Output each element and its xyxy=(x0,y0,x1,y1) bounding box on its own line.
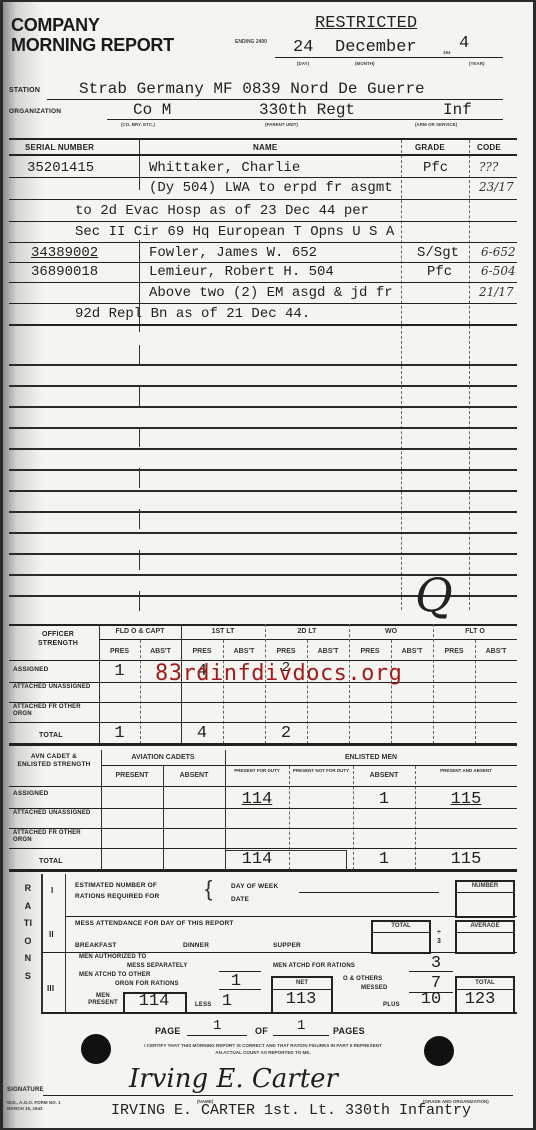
less-value: 1 xyxy=(215,992,239,1011)
subcol-pres: PRES xyxy=(349,648,391,655)
plus-label: PLUS xyxy=(383,1002,400,1008)
row-attached-other-label: ATTACHED FR OTHER ORGN xyxy=(13,830,93,844)
punch-hole-left xyxy=(81,1034,111,1064)
mess-average-box: AVERAGE xyxy=(455,920,515,954)
entry-code: 21/17 xyxy=(479,285,514,299)
subcol-abst: ABS'T xyxy=(475,648,517,655)
col-cadet-absent: ABSENT xyxy=(163,772,225,779)
report-month: December xyxy=(335,38,417,57)
margin-mark: Q xyxy=(415,568,453,622)
row-attached-other-label: ATTACHED FR OTHER ORGN xyxy=(13,704,93,718)
entry-text: 92d Repl Bn as of 21 Dec 44. xyxy=(75,306,310,322)
enlisted-total-present-absent: 115 xyxy=(415,850,517,869)
less-label: LESS xyxy=(195,1002,211,1008)
col-serial-number: SERIAL NUMBER xyxy=(25,143,94,152)
entry-text: Above two (2) EM asgd & jd fr xyxy=(149,285,393,301)
officer-strength-title: OFFICER STRENGTH xyxy=(23,630,93,648)
certification-text: I CERTIFY THAT THIS MORNING REPORT IS CO… xyxy=(141,1042,385,1056)
enlisted-strength-title: AVN CADET & ENLISTED STRENGTH xyxy=(17,753,91,769)
subcol-abst: ABS'T xyxy=(223,648,265,655)
mess-sep-label-b: MESS SEPARATELY xyxy=(127,963,188,969)
of-label: OF xyxy=(255,1026,268,1036)
plus-value: 10 xyxy=(413,990,449,1009)
group-flt-o: FLT O xyxy=(433,628,517,635)
entry-text: Fowler, James W. 652 xyxy=(149,245,317,261)
entry-serial: 35201415 xyxy=(27,160,94,176)
col-name: NAME xyxy=(253,143,277,152)
entry-text: Whittaker, Charlie xyxy=(149,160,300,176)
group-fld-o-capt: FLD O & CAPT xyxy=(99,628,181,635)
col-absent: ABSENT xyxy=(353,772,415,779)
others-label-b: MESSED xyxy=(361,985,388,991)
parent-caption: (PARENT UNIT) xyxy=(265,122,298,127)
enlisted-assigned-absent: 1 xyxy=(353,790,415,809)
breakfast-label: BREAKFAST xyxy=(75,942,117,949)
entry-text: Sec II Cir 69 Hq European T Opns U S A xyxy=(75,224,394,240)
col-grade: GRADE xyxy=(415,143,445,152)
rations-number-box: NUMBER xyxy=(455,880,515,918)
col-present-for-duty: PRESENT FOR DUTY xyxy=(225,768,289,774)
sec2-label: MESS ATTENDANCE FOR DAY OF THIS REPORT xyxy=(75,920,234,927)
atchd-for-label: MEN ATCHD FOR RATIONS xyxy=(273,963,355,969)
net-label: NET xyxy=(273,980,331,986)
morning-report-form: COMPANY MORNING REPORT RESTRICTED ENDING… xyxy=(3,2,533,1128)
men-present-value: 114 xyxy=(125,992,183,1011)
group-wo: WO xyxy=(349,628,433,635)
entry-code: 6-652 xyxy=(481,245,516,259)
rations-total-label: TOTAL xyxy=(457,980,513,986)
enlisted-assigned-present-absent: 115 xyxy=(415,790,517,809)
year-prefix: 194 xyxy=(443,50,451,55)
entry-text: to 2d Evac Hosp as of 23 Dec 44 per xyxy=(75,203,369,219)
group-1st-lt: 1ST LT xyxy=(181,628,265,635)
total-pages: 1 xyxy=(297,1018,305,1034)
entry-serial: 36890018 xyxy=(31,264,98,280)
date-label: DATE xyxy=(231,896,249,903)
row-total-label: TOTAL xyxy=(39,732,63,739)
signer-name: IRVING E. CARTER 1st. Lt. 330th Infantry xyxy=(111,1102,471,1119)
atchd-other-label-b: ORGN FOR RATIONS xyxy=(115,981,179,987)
punch-hole-right xyxy=(424,1036,454,1066)
sec1-label-b: RATIONS REQUIRED FOR xyxy=(75,893,159,900)
divide-label: ÷ 3 xyxy=(437,928,447,946)
enlisted-strength-table: AVN CADET & ENLISTED STRENGTH AVIATION C… xyxy=(9,750,517,872)
subcol-pres: PRES xyxy=(181,648,223,655)
col-present-and-absent: PRESENT AND ABSENT xyxy=(415,768,517,774)
row-attached-unassigned-label: ATTACHED UNASSIGNED xyxy=(13,810,93,817)
rations-side-label: RATIONS xyxy=(23,880,33,985)
year-caption: (YEAR) xyxy=(469,61,485,66)
page-number: 1 xyxy=(213,1018,221,1034)
group-enlisted-men: ENLISTED MEN xyxy=(225,754,517,761)
col-cadet-present: PRESENT xyxy=(101,772,163,779)
station-value: Strab Germany MF 0839 Nord De Guerre xyxy=(79,80,425,98)
organization-label: ORGANIZATION xyxy=(9,108,61,115)
station-label: STATION xyxy=(9,87,40,94)
pages-label: PAGES xyxy=(333,1026,365,1036)
page-label: PAGE xyxy=(155,1026,181,1036)
row-total-label: TOTAL xyxy=(39,858,63,865)
report-day: 24 xyxy=(293,38,313,57)
others-label-a: O & OTHERS xyxy=(343,976,382,982)
ending-label: ENDING 2400 xyxy=(235,39,275,45)
entry-text: (Dy 504) LWA to erpd fr asgmt xyxy=(149,180,393,196)
arm-caption: (ARM OR SERVICE) xyxy=(415,122,457,127)
month-caption: (MONTH) xyxy=(355,61,375,66)
group-2d-lt: 2D LT xyxy=(265,628,349,635)
subcol-pres: PRES xyxy=(99,648,140,655)
entry-code: 23/17 xyxy=(479,180,514,194)
signature-label: SIGNATURE xyxy=(7,1087,44,1093)
form-title-line1: COMPANY xyxy=(11,16,100,35)
entry-code: ??? xyxy=(479,160,498,174)
col-code: CODE xyxy=(477,143,501,152)
entry-grade: Pfc xyxy=(423,160,448,176)
report-year: 4 xyxy=(459,34,469,53)
entry-grade: Pfc xyxy=(427,264,452,280)
officer-assigned-fld-pres: 1 xyxy=(99,662,140,681)
supper-label: SUPPER xyxy=(273,942,301,949)
rations-section: RATIONS I ESTIMATED NUMBER OF RATIONS RE… xyxy=(9,874,517,1014)
subcol-pres: PRES xyxy=(433,648,475,655)
form-title-line2: MORNING REPORT xyxy=(11,36,174,55)
company-value: Co M xyxy=(133,101,171,119)
net-value: 113 xyxy=(271,990,331,1009)
entry-text: Lemieur, Robert H. 504 xyxy=(149,264,334,280)
mess-total-box: TOTAL xyxy=(371,920,431,954)
subcol-abst: ABS'T xyxy=(391,648,433,655)
rations-sec1-number: I xyxy=(51,886,53,895)
enlisted-total-present-duty: 114 xyxy=(225,850,289,869)
rations-sec2-number: II xyxy=(49,930,54,939)
entry-code: 6-504 xyxy=(481,264,516,278)
classification-stamp: RESTRICTED xyxy=(315,14,417,33)
enlisted-assigned-present-duty: 114 xyxy=(225,790,289,809)
subcol-pres: PRES xyxy=(265,648,307,655)
officer-total-1stlt-pres: 4 xyxy=(181,724,223,743)
atchd-other-label-a: MEN ATCHD TO OTHER xyxy=(79,972,151,978)
parent-unit-value: 330th Regt xyxy=(259,101,355,119)
officer-total-fld-pres: 1 xyxy=(99,724,140,743)
company-caption: (CO. BRY. ETC.) xyxy=(121,122,155,127)
signature: Irving E. Carter xyxy=(129,1064,338,1094)
row-assigned-label: ASSIGNED xyxy=(13,790,49,797)
number-label: NUMBER xyxy=(457,883,513,889)
row-attached-unassigned-label: ATTACHED UNASSIGNED xyxy=(13,684,93,691)
rations-total-value: 123 xyxy=(455,990,505,1009)
day-of-week-label: DAY OF WEEK xyxy=(231,883,278,890)
dinner-label: DINNER xyxy=(183,942,209,949)
officer-total-2dlt-pres: 2 xyxy=(265,724,307,743)
col-present-not-for-duty: PRESENT NOT FOR DUTY xyxy=(289,768,353,774)
rations-sec3-number: III xyxy=(47,984,54,993)
total-label: TOTAL xyxy=(373,923,429,929)
mess-sep-label-a: MEN AUTHORIZED TO xyxy=(79,954,146,960)
enlisted-total-absent: 1 xyxy=(353,850,415,869)
entry-serial: 34389002 xyxy=(31,245,98,261)
watermark: 83rdinfdivdocs.org xyxy=(155,661,402,686)
group-aviation-cadets: AVIATION CADETS xyxy=(101,754,225,761)
arm-value: Inf xyxy=(443,101,472,119)
average-label: AVERAGE xyxy=(457,923,513,929)
form-number: W.D., A.G.O. FORM NO. 1 MARCH 15, 1943 xyxy=(7,1100,77,1112)
row-assigned-label: ASSIGNED xyxy=(13,666,49,673)
entry-grade: S/Sgt xyxy=(417,245,459,261)
subcol-abst: ABS'T xyxy=(140,648,181,655)
subcol-abst: ABS'T xyxy=(307,648,349,655)
men-present-label: MEN PRESENT xyxy=(83,993,123,1007)
day-caption: (DAY) xyxy=(297,61,309,66)
sec1-label-a: ESTIMATED NUMBER OF xyxy=(75,882,157,889)
